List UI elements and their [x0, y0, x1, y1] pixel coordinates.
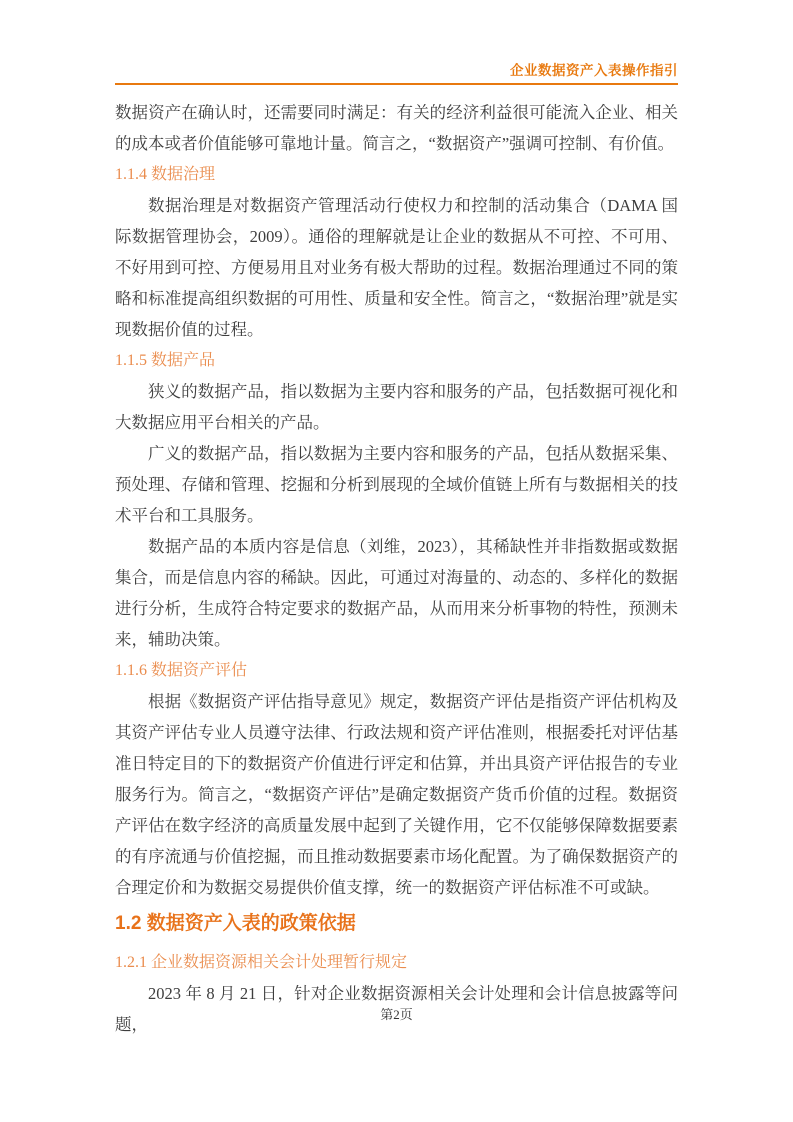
paragraph: 广义的数据产品，指以数据为主要内容和服务的产品，包括从数据采集、预处理、存储和管… — [115, 438, 678, 531]
section-heading-level3: 1.1.4 数据治理 — [115, 159, 678, 190]
paragraph: 根据《数据资产评估指导意见》规定，数据资产评估是指资产评估机构及其资产评估专业人… — [115, 686, 678, 903]
document-page: 企业数据资产入表操作指引 数据资产在确认时，还需要同时满足：有关的经济利益很可能… — [0, 0, 793, 1122]
page-number: 第2页 — [380, 1007, 413, 1022]
paragraph: 数据治理是对数据资产管理活动行使权力和控制的活动集合（DAMA 国际数据管理协会… — [115, 190, 678, 345]
page-footer: 第2页 — [0, 1006, 793, 1024]
section-heading-level3: 1.2.1 企业数据资源相关会计处理暂行规定 — [115, 947, 678, 978]
document-body: 数据资产在确认时，还需要同时满足：有关的经济利益很可能流入企业、相关的成本或者价… — [115, 97, 678, 1040]
paragraph: 狭义的数据产品，指以数据为主要内容和服务的产品，包括数据可视化和大数据应用平台相… — [115, 376, 678, 438]
section-heading-level2: 1.2 数据资产入表的政策依据 — [115, 907, 678, 941]
header-title: 企业数据资产入表操作指引 — [510, 59, 678, 79]
paragraph: 数据资产在确认时，还需要同时满足：有关的经济利益很可能流入企业、相关的成本或者价… — [115, 97, 678, 159]
section-heading-level3: 1.1.6 数据资产评估 — [115, 655, 678, 686]
section-heading-level3: 1.1.5 数据产品 — [115, 345, 678, 376]
page-header: 企业数据资产入表操作指引 — [115, 0, 678, 85]
paragraph: 数据产品的本质内容是信息（刘维，2023），其稀缺性并非指数据或数据集合，而是信… — [115, 531, 678, 655]
